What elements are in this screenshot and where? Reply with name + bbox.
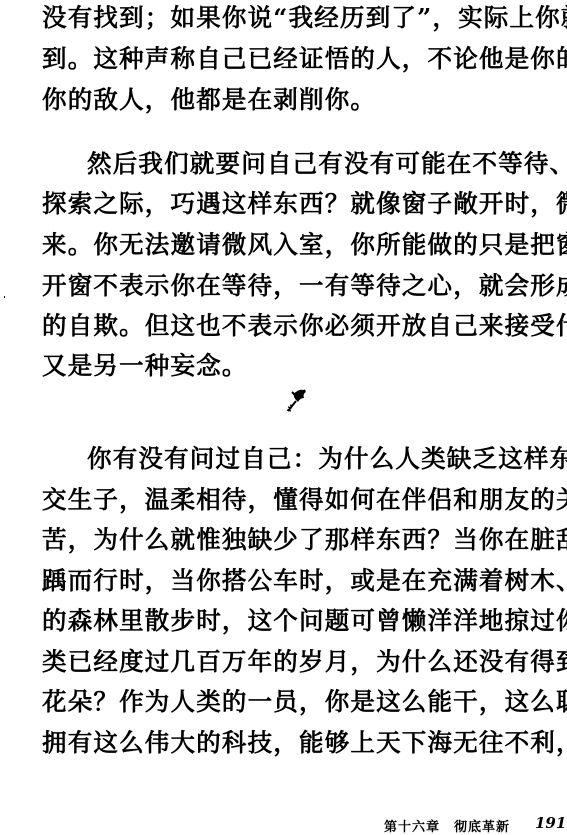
text-line: 然后我们就要问自己有没有可能在不等待、不寻找、不 xyxy=(87,150,567,178)
page-number: 191 xyxy=(535,814,566,832)
text-line: 探索之际，巧遇这样东西？就像窗子敞开时，微风自然会进 xyxy=(42,190,567,218)
text-line: 你的敌人，他都是在剥削你。 xyxy=(42,86,567,114)
text-line: 类已经度过几百万年的岁月，为什么还没有得到这朵不朽的 xyxy=(42,648,567,676)
text-line: 的自欺。但这也不表示你必须开放自己来接受什么，因为这 xyxy=(42,312,567,340)
text-line: 来。你无法邀请微风入室，你所能做的只是把窗子打开而已。 xyxy=(42,231,567,259)
flower-ornament-icon xyxy=(282,386,310,414)
text-line: 苦，为什么就惟独缺少了那样东西？当你在脏乱的街道上踽 xyxy=(42,526,567,554)
text-line: 又是另一种妄念。 xyxy=(42,352,567,380)
text-line: 你有没有问过自己：为什么人类缺乏这样东西？他们性 xyxy=(87,445,567,473)
text-line: 拥有这么伟大的科技，能够上天下海无往不利，还能制造不 xyxy=(42,729,567,757)
text-line: 踽而行时，当你搭公车时，或是在充满着树木、鸟兽和溪流 xyxy=(42,567,567,595)
text-line: 没有找到；如果你说“我经历到了”，实际上你就是还未经历 xyxy=(42,4,567,32)
text-line: 的森林里散步时，这个问题可曾懒洋洋地掠过你的心头？人 xyxy=(42,607,567,635)
scan-speck xyxy=(4,296,5,298)
text-line: 开窗不表示你在等待，一有等待之心，就会形成另一种形式 xyxy=(42,272,567,300)
text-line: 到。这种声称自己已经证悟的人，不论他是你的朋友，还是 xyxy=(42,45,567,73)
running-footer-chapter: 第十六章 彻底革新 xyxy=(384,816,510,835)
text-line: 花朵？作为人类的一员，你是这么能干，这么聪明好强，你 xyxy=(42,688,567,716)
text-line: 交生子，温柔相待，懂得如何在伴侣和朋友的关系中同甘共 xyxy=(42,486,567,514)
